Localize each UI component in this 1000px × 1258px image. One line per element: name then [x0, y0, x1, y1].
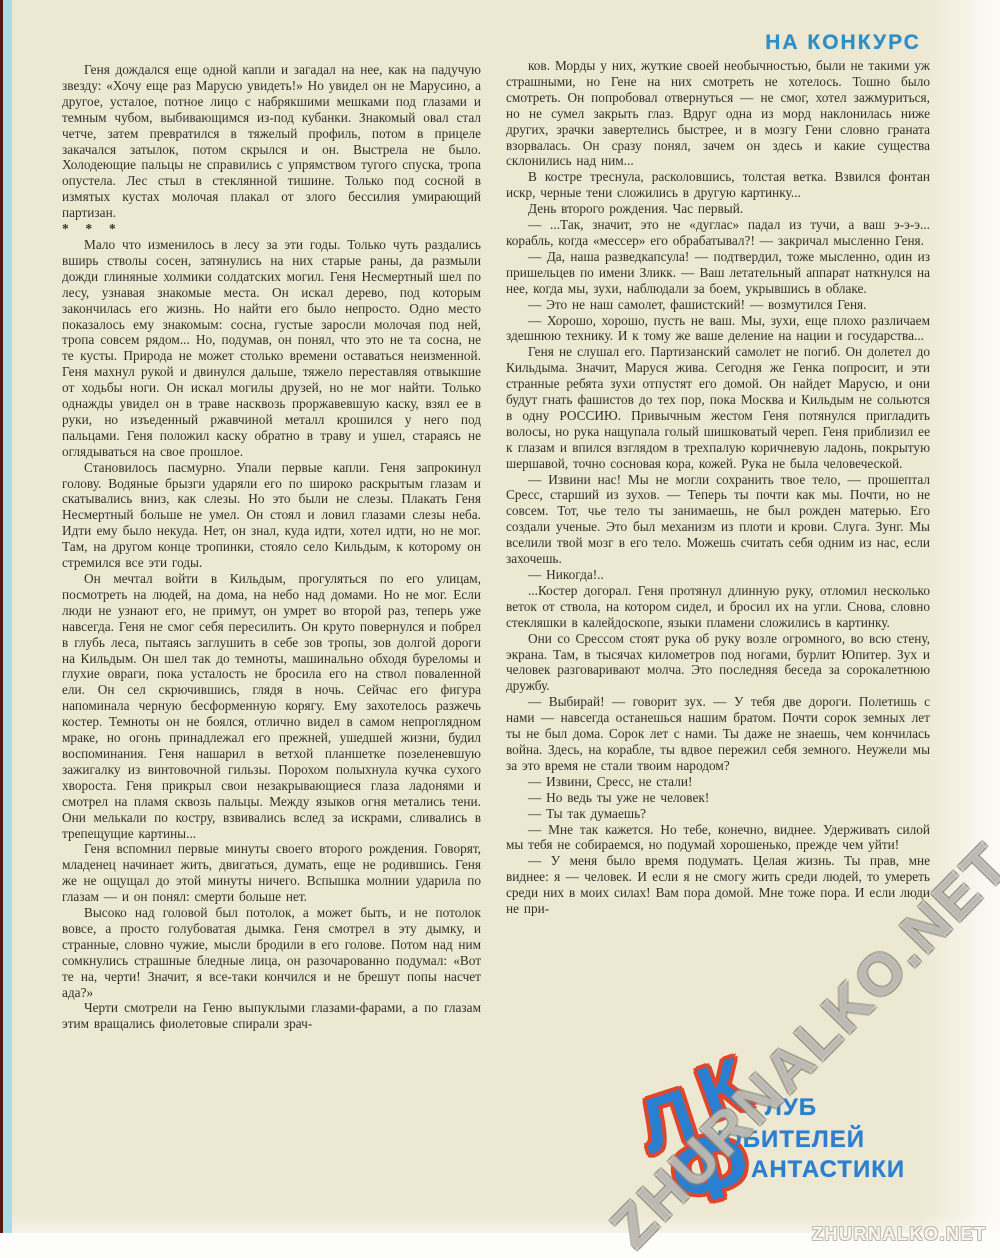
paragraph: — У меня было время подумать. Целая жизн… [506, 853, 930, 917]
paragraph: День второго рождения. Час первый. [506, 201, 930, 217]
logo-word-lovers: ЮБИТЕЛЕЙ [717, 1128, 865, 1152]
paragraph: — Но ведь ты уже не человек! [506, 790, 930, 806]
paragraph: — Мне так кажется. Но тебе, конечно, вид… [506, 822, 930, 854]
paragraph: — ...Так, значит, это не «дуглас» падал … [506, 217, 930, 249]
paragraph: Он мечтал войти в Кильдым, прогуляться п… [62, 571, 481, 841]
paragraph: Черти смотрели на Геню выпуклыми глазами… [62, 1000, 481, 1032]
paragraph: — Да, наша разведкапсула! — подтвердил, … [506, 249, 930, 297]
paragraph: Мало что изменилось в лесу за эти годы. … [62, 237, 481, 460]
paragraph: Геня не слушал его. Партизанский самолет… [506, 344, 930, 471]
article-left-column: Геня дождался еще одной капли и загадал … [62, 62, 481, 1032]
article-right-column: ков. Морды у них, жуткие своей необычнос… [506, 58, 930, 917]
paragraph: Геня вспомнил первые минуты своего второ… [62, 841, 481, 905]
paragraph: — Извини нас! Мы не могли сохранить твое… [506, 472, 930, 567]
paragraph: — Извини, Сресс, не стали! [506, 774, 930, 790]
paragraph: — Никогда!.. [506, 567, 930, 583]
page-left-edge-blue-strip [3, 0, 12, 1233]
logo-word-club: ЛУБ [765, 1096, 817, 1120]
paragraph: Высоко над головой был потолок, а может … [62, 905, 481, 1000]
section-separator: * * * [62, 221, 481, 237]
scan-bottom-margin [0, 1233, 1000, 1258]
paragraph: Геня дождался еще одной капли и загадал … [62, 62, 481, 221]
paragraph: — Ты так думаешь? [506, 806, 930, 822]
paragraph: — Выбирай! — говорит зух. — У тебя две д… [506, 694, 930, 774]
paragraph: — Это не наш самолет, фашистский! — возм… [506, 297, 930, 313]
logo-word-fantasy: АНТАСТИКИ [751, 1158, 905, 1182]
paragraph: Они со Срессом стоят рука об руку возле … [506, 631, 930, 695]
paragraph: Становилось пасмурно. Упали первые капли… [62, 460, 481, 571]
paragraph: В костре треснула, расколовшись, толстая… [506, 169, 930, 201]
paragraph: ...Костер догорал. Геня протянул длинную… [506, 583, 930, 631]
paragraph: — Хорошо, хорошо, пусть не ваш. Мы, зухи… [506, 313, 930, 345]
paragraph: ков. Морды у них, жуткие своей необычнос… [506, 58, 930, 169]
magazine-page: НА КОНКУРС Геня дождался еще одной капли… [0, 0, 1000, 1258]
section-header: НА КОНКУРС [748, 31, 938, 55]
